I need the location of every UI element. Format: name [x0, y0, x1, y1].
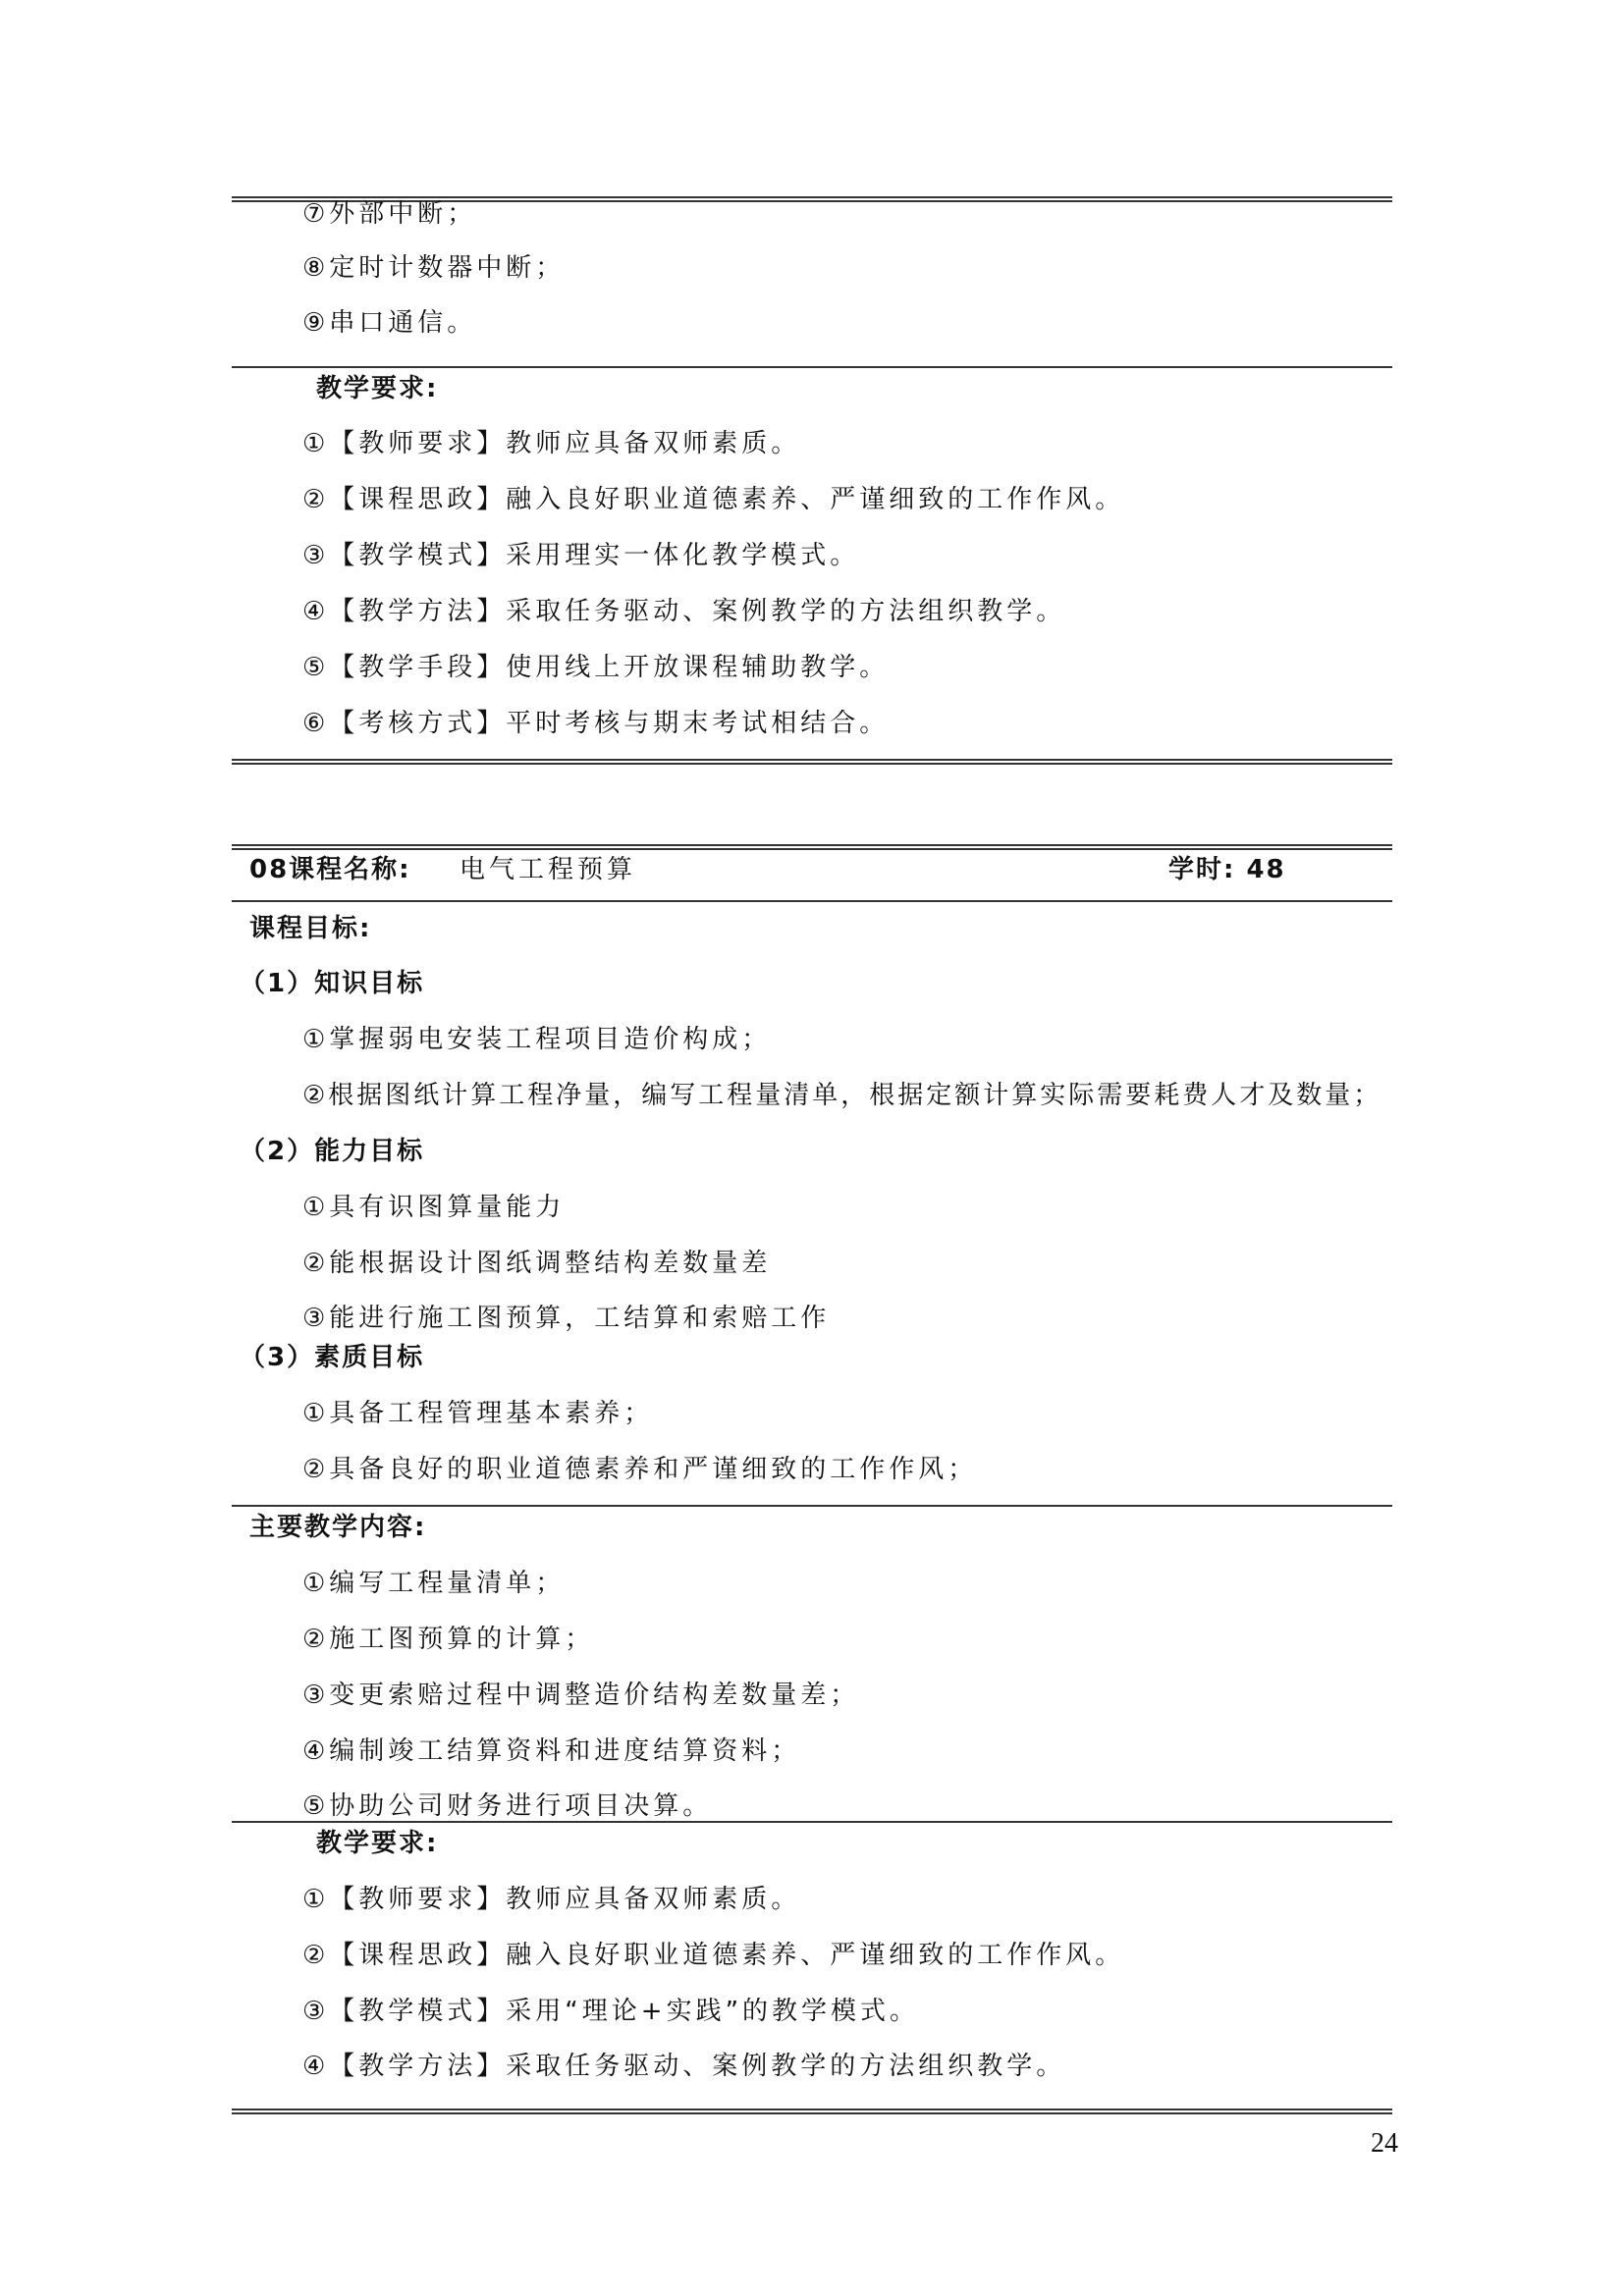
course-name-value: 电气工程预算	[460, 854, 636, 885]
content-item: ⑨串口通信。	[302, 307, 476, 339]
content-item: ④编制竣工结算资料和进度结算资料；	[302, 1735, 800, 1767]
content-item: ②施工图预算的计算；	[302, 1624, 594, 1655]
requirement-item: ④【教学方法】采取任务驱动、案例教学的方法组织教学。	[302, 2051, 1065, 2082]
content-item: ⑤协助公司财务进行项目决算。	[302, 1790, 712, 1822]
course-hours: 学时: 48	[1168, 854, 1286, 885]
objective-item: ②具备良好的职业道德素养和严谨细致的工作作风；	[302, 1454, 977, 1485]
requirements-title: 教学要求:	[316, 373, 438, 404]
course-name-label: 08课程名称:	[249, 854, 411, 885]
requirement-item: ①【教师要求】教师应具备双师素质。	[302, 1884, 800, 1915]
objective-item: ①具备工程管理基本素养；	[302, 1398, 653, 1429]
requirement-item: ①【教师要求】教师应具备双师素质。	[302, 428, 800, 459]
content-item: ⑧定时计数器中断；	[302, 252, 565, 284]
objective-item: ②根据图纸计算工程净量，编写工程量清单，根据定额计算实际需要耗费人才及数量；	[302, 1080, 1381, 1111]
page-number: 24	[1371, 2128, 1398, 2160]
objective-item: ②能根据设计图纸调整结构差数量差	[302, 1248, 771, 1279]
requirement-item: ③【教学模式】采用理实一体化教学模式。	[302, 540, 859, 571]
content-item: ⑦外部中断；	[302, 198, 476, 230]
requirement-item: ⑤【教学手段】使用线上开放课程辅助教学。	[302, 652, 889, 683]
objective-item: ①具有识图算量能力	[302, 1192, 565, 1223]
requirement-item: ④【教学方法】采取任务驱动、案例教学的方法组织教学。	[302, 596, 1065, 627]
requirements-title: 教学要求:	[316, 1828, 438, 1859]
objective-item: ③能进行施工图预算，工结算和索赔工作	[302, 1303, 830, 1334]
rule	[232, 1821, 1392, 1823]
ability-title: （2）能力目标	[240, 1136, 424, 1167]
content-item: ③变更索赔过程中调整造价结构差数量差；	[302, 1680, 859, 1711]
objective-item: ①掌握弱电安装工程项目造价构成；	[302, 1024, 771, 1055]
rule-bottom	[232, 759, 1392, 765]
rule	[232, 900, 1392, 902]
rule-top	[232, 844, 1392, 850]
requirement-item: ⑥【考核方式】平时考核与期末考试相结合。	[302, 708, 889, 739]
content-item: ①编写工程量清单；	[302, 1568, 565, 1599]
objectives-title: 课程目标:	[249, 913, 371, 944]
requirement-item: ③【教学模式】采用“理论+实践”的教学模式。	[302, 1996, 919, 2027]
rule	[232, 366, 1392, 368]
content-title: 主要教学内容:	[249, 1512, 426, 1543]
requirement-item: ②【课程思政】融入良好职业道德素养、严谨细致的工作作风。	[302, 1940, 1124, 1971]
rule-bottom	[232, 2109, 1392, 2114]
rule	[232, 1505, 1392, 1507]
knowledge-title: （1）知识目标	[240, 968, 424, 999]
quality-title: （3）素质目标	[240, 1342, 424, 1373]
requirement-item: ②【课程思政】融入良好职业道德素养、严谨细致的工作作风。	[302, 484, 1124, 515]
